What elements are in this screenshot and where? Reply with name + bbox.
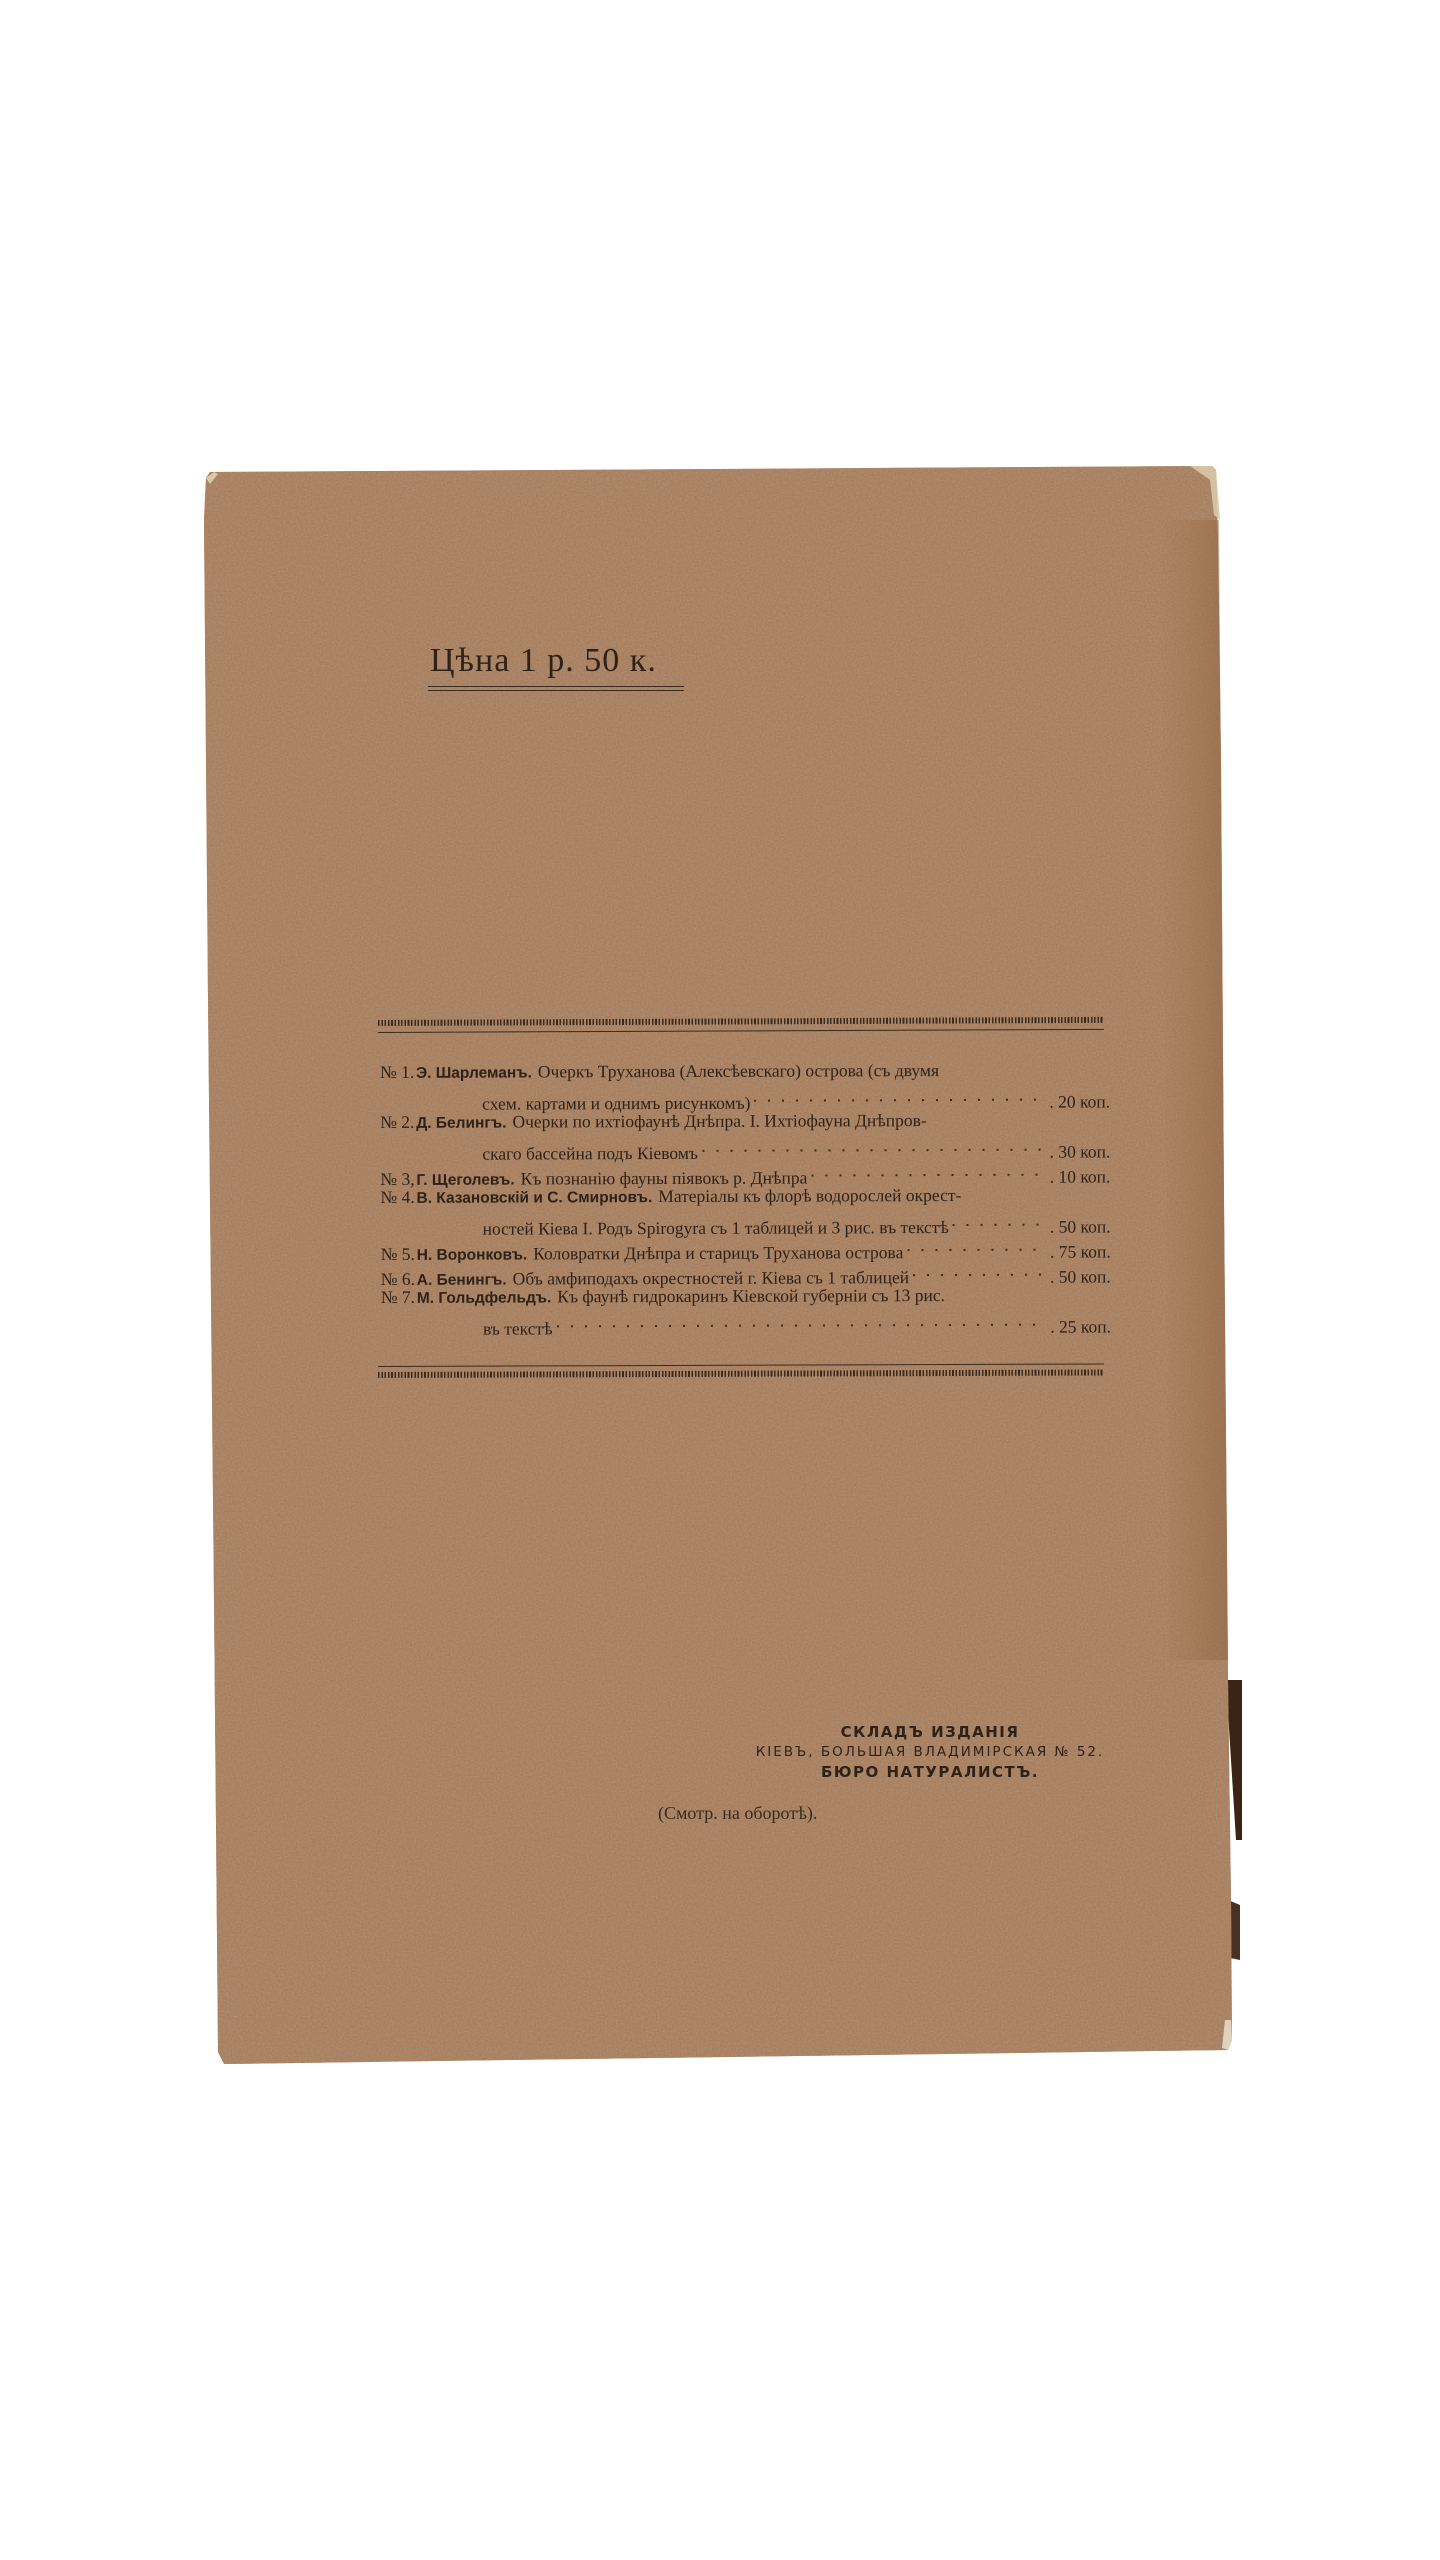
item-number: № 4. [380, 1185, 416, 1210]
list-item: № 4. В. Казановскiй и С. Смирновъ. Матер… [380, 1182, 1110, 1210]
dot-leader [557, 1308, 1047, 1335]
dot-leader [811, 1158, 1045, 1184]
dot-leader [913, 1258, 1046, 1283]
item-number: № 2. [380, 1110, 416, 1135]
dotted-border [378, 1369, 1104, 1378]
list-item: № 1. Э. Шарлеманъ. Очеркъ Труханова (Але… [380, 1057, 1110, 1085]
item-title: Очерки по ихтiофаунѣ Днѣпра. I. Ихтiофау… [512, 1108, 926, 1134]
item-author: Э. Шарлеманъ. [416, 1060, 532, 1085]
publisher-block: СКЛАДЪ ИЗДАНIЯ КIЕВЪ, БОЛЬШАЯ ВЛАДИМIРСК… [700, 1722, 1160, 1782]
dot-leader [907, 1233, 1046, 1258]
dot-leader [754, 1083, 1045, 1109]
item-number: № 1. [380, 1060, 416, 1085]
cover-content: Цѣна 1 р. 50 к. № 1. Э. Шарлеманъ. Очерк… [0, 0, 1440, 2560]
series-list: № 1. Э. Шарлеманъ. Очеркъ Труханова (Але… [380, 1057, 1111, 1335]
item-title-continued: въ текстѣ [483, 1316, 553, 1341]
publisher-address: КIЕВЪ, БОЛЬШАЯ ВЛАДИМIРСКАЯ № 52. [700, 1742, 1160, 1762]
dotted-border [378, 1017, 1104, 1026]
solid-border [378, 1029, 1104, 1033]
see-reverse-note: (Смотр. на оборотѣ). [658, 1803, 817, 1824]
item-title: Очеркъ Труханова (Алексѣевскаго) острова… [538, 1058, 939, 1084]
price-underline [428, 686, 684, 691]
list-item: № 5. Н. Воронковъ. Коловратки Днѣпра и с… [381, 1232, 1111, 1260]
dot-leader [702, 1133, 1046, 1159]
item-price: . 25 коп. [1050, 1314, 1111, 1339]
top-ornamental-rule [378, 1017, 1104, 1036]
list-item-continuation: ностей Кiева I. Родъ Spirogyra съ 1 табл… [381, 1207, 1111, 1235]
list-item-continuation: скаго бассейна подъ Кiевомъ . 30 коп. [380, 1132, 1110, 1160]
list-item-continuation: въ текстѣ . 25 коп. [381, 1307, 1111, 1335]
item-number: № 7. [381, 1285, 417, 1310]
item-author: Д. Белингъ. [416, 1111, 506, 1136]
list-item: № 2. Д. Белингъ. Очерки по ихтiофаунѣ Дн… [380, 1107, 1110, 1135]
list-item-continuation: схем. картами и однимъ рисункомъ) . 20 к… [380, 1082, 1110, 1110]
item-title: Къ фаунѣ гидрокаринъ Кiевской губернiи с… [557, 1283, 945, 1309]
item-author: М. Гольдфельдъ. [417, 1285, 552, 1310]
list-item: № 7. М. Гольдфельдъ. Къ фаунѣ гидрокарин… [381, 1282, 1111, 1310]
price-label: Цѣна 1 р. 50 к. [430, 642, 680, 680]
booklet-back-cover: Цѣна 1 р. 50 к. № 1. Э. Шарлеманъ. Очерк… [0, 0, 1440, 2560]
list-item: № 6. А. Бенингъ. Объ амфиподахъ окрестно… [381, 1257, 1111, 1285]
item-title: Матерiалы къ флорѣ водорослей окрест- [658, 1183, 961, 1209]
publisher-bureau: БЮРО НАТУРАЛИСТЪ. [700, 1762, 1160, 1782]
item-author: В. Казановскiй и С. Смирновъ. [416, 1185, 652, 1211]
solid-border [378, 1363, 1104, 1367]
dot-leader [953, 1208, 1046, 1233]
publisher-warehouse: СКЛАДЪ ИЗДАНIЯ [700, 1722, 1160, 1742]
bottom-ornamental-rule [378, 1363, 1104, 1382]
list-item: № 3, Г. Щеголевъ. Къ познанiю фауны пiяв… [380, 1157, 1110, 1185]
